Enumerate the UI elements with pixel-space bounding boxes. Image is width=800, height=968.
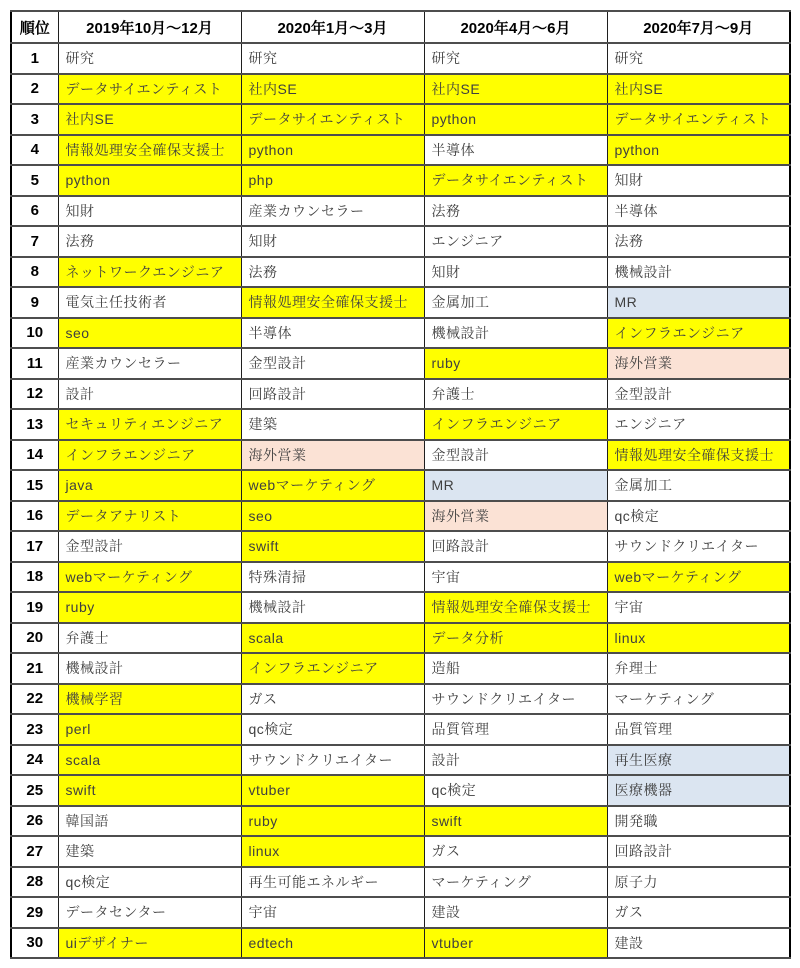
keyword-cell: 電気主任技術者 — [58, 287, 241, 318]
keyword-cell: 金型設計 — [58, 531, 241, 562]
ranking-table: 順位 2019年10月～12月 2020年1月～3月 2020年4月～6月 20… — [10, 10, 791, 959]
keyword-cell: vtuber — [241, 775, 424, 806]
rank-cell: 4 — [11, 135, 58, 166]
table-row: 17金型設計swift回路設計サウンドクリエイター — [11, 531, 790, 562]
keyword-cell: edtech — [241, 928, 424, 959]
keyword-cell: qc検定 — [424, 775, 607, 806]
keyword-cell: 知財 — [241, 226, 424, 257]
keyword-cell: linux — [607, 623, 790, 654]
keyword-cell: 弁護士 — [424, 379, 607, 410]
keyword-cell: 知財 — [607, 165, 790, 196]
column-header-2020-q2: 2020年4月～6月 — [424, 11, 607, 43]
keyword-cell: MR — [424, 470, 607, 501]
keyword-cell: エンジニア — [607, 409, 790, 440]
keyword-cell: MR — [607, 287, 790, 318]
table-row: 16データアナリストseo海外営業qc検定 — [11, 501, 790, 532]
keyword-cell: 社内SE — [424, 74, 607, 105]
keyword-cell: 回路設計 — [424, 531, 607, 562]
rank-cell: 10 — [11, 318, 58, 349]
table-row: 21機械設計インフラエンジニア造船弁理士 — [11, 653, 790, 684]
keyword-cell: ネットワークエンジニア — [58, 257, 241, 288]
rank-cell: 8 — [11, 257, 58, 288]
keyword-cell: マーケティング — [424, 867, 607, 898]
rank-cell: 1 — [11, 43, 58, 74]
keyword-cell: qc検定 — [58, 867, 241, 898]
keyword-cell: webマーケティング — [58, 562, 241, 593]
table-row: 10seo半導体機械設計インフラエンジニア — [11, 318, 790, 349]
page: 順位 2019年10月～12月 2020年1月～3月 2020年4月～6月 20… — [0, 0, 800, 968]
keyword-cell: 金属加工 — [424, 287, 607, 318]
table-body: 1研究研究研究研究2データサイエンティスト社内SE社内SE社内SE3社内SEデー… — [11, 43, 790, 958]
rank-cell: 14 — [11, 440, 58, 471]
column-header-2019-q4: 2019年10月～12月 — [58, 11, 241, 43]
rank-cell: 21 — [11, 653, 58, 684]
table-row: 12設計回路設計弁護士金型設計 — [11, 379, 790, 410]
keyword-cell: ガス — [241, 684, 424, 715]
keyword-cell: 韓国語 — [58, 806, 241, 837]
rank-cell: 15 — [11, 470, 58, 501]
rank-cell: 22 — [11, 684, 58, 715]
keyword-cell: ruby — [241, 806, 424, 837]
keyword-cell: 社内SE — [58, 104, 241, 135]
keyword-cell: 金型設計 — [424, 440, 607, 471]
keyword-cell: webマーケティング — [607, 562, 790, 593]
rank-cell: 29 — [11, 897, 58, 928]
keyword-cell: 産業カウンセラー — [58, 348, 241, 379]
keyword-cell: 建設 — [607, 928, 790, 959]
keyword-cell: 研究 — [241, 43, 424, 74]
rank-cell: 13 — [11, 409, 58, 440]
keyword-cell: python — [58, 165, 241, 196]
table-row: 13セキュリティエンジニア建築インフラエンジニアエンジニア — [11, 409, 790, 440]
keyword-cell: 再生可能エネルギー — [241, 867, 424, 898]
keyword-cell: swift — [58, 775, 241, 806]
keyword-cell: サウンドクリエイター — [607, 531, 790, 562]
keyword-cell: インフラエンジニア — [241, 653, 424, 684]
table-row: 22機械学習ガスサウンドクリエイターマーケティング — [11, 684, 790, 715]
keyword-cell: 半導体 — [607, 196, 790, 227]
keyword-cell: 海外営業 — [424, 501, 607, 532]
keyword-cell: 海外営業 — [241, 440, 424, 471]
rank-cell: 20 — [11, 623, 58, 654]
keyword-cell: linux — [241, 836, 424, 867]
keyword-cell: 知財 — [58, 196, 241, 227]
keyword-cell: 設計 — [58, 379, 241, 410]
rank-cell: 2 — [11, 74, 58, 105]
rank-cell: 16 — [11, 501, 58, 532]
table-row: 27建築linuxガス回路設計 — [11, 836, 790, 867]
table-row: 26韓国語rubyswift開発職 — [11, 806, 790, 837]
keyword-cell: データサイエンティスト — [424, 165, 607, 196]
rank-cell: 18 — [11, 562, 58, 593]
rank-cell: 23 — [11, 714, 58, 745]
keyword-cell: データサイエンティスト — [607, 104, 790, 135]
keyword-cell: 宇宙 — [607, 592, 790, 623]
keyword-cell: 原子力 — [607, 867, 790, 898]
keyword-cell: 造船 — [424, 653, 607, 684]
keyword-cell: scala — [58, 745, 241, 776]
keyword-cell: データセンター — [58, 897, 241, 928]
keyword-cell: 情報処理安全確保支援士 — [424, 592, 607, 623]
keyword-cell: 機械学習 — [58, 684, 241, 715]
keyword-cell: 法務 — [241, 257, 424, 288]
keyword-cell: 海外営業 — [607, 348, 790, 379]
table-row: 25swiftvtuberqc検定医療機器 — [11, 775, 790, 806]
rank-cell: 9 — [11, 287, 58, 318]
keyword-cell: ガス — [424, 836, 607, 867]
keyword-cell: ruby — [58, 592, 241, 623]
rank-cell: 24 — [11, 745, 58, 776]
keyword-cell: インフラエンジニア — [424, 409, 607, 440]
keyword-cell: インフラエンジニア — [58, 440, 241, 471]
keyword-cell: 金型設計 — [241, 348, 424, 379]
keyword-cell: 法務 — [607, 226, 790, 257]
keyword-cell: 法務 — [424, 196, 607, 227]
keyword-cell: データ分析 — [424, 623, 607, 654]
table-row: 4情報処理安全確保支援士python半導体python — [11, 135, 790, 166]
table-row: 1研究研究研究研究 — [11, 43, 790, 74]
rank-cell: 26 — [11, 806, 58, 837]
keyword-cell: データアナリスト — [58, 501, 241, 532]
rank-cell: 6 — [11, 196, 58, 227]
keyword-cell: 再生医療 — [607, 745, 790, 776]
table-row: 24scalaサウンドクリエイター設計再生医療 — [11, 745, 790, 776]
keyword-cell: 機械設計 — [58, 653, 241, 684]
keyword-cell: 知財 — [424, 257, 607, 288]
keyword-cell: 宇宙 — [424, 562, 607, 593]
header-row: 順位 2019年10月～12月 2020年1月～3月 2020年4月～6月 20… — [11, 11, 790, 43]
column-header-2020-q3: 2020年7月～9月 — [607, 11, 790, 43]
keyword-cell: 研究 — [424, 43, 607, 74]
keyword-cell: 研究 — [58, 43, 241, 74]
table-row: 28qc検定再生可能エネルギーマーケティング原子力 — [11, 867, 790, 898]
keyword-cell: 品質管理 — [424, 714, 607, 745]
keyword-cell: 金属加工 — [607, 470, 790, 501]
keyword-cell: 機械設計 — [424, 318, 607, 349]
keyword-cell: scala — [241, 623, 424, 654]
rank-cell: 27 — [11, 836, 58, 867]
keyword-cell: データサイエンティスト — [58, 74, 241, 105]
keyword-cell: seo — [241, 501, 424, 532]
table-row: 2データサイエンティスト社内SE社内SE社内SE — [11, 74, 790, 105]
keyword-cell: 設計 — [424, 745, 607, 776]
rank-cell: 5 — [11, 165, 58, 196]
table-row: 5pythonphpデータサイエンティスト知財 — [11, 165, 790, 196]
rank-cell: 3 — [11, 104, 58, 135]
rank-cell: 30 — [11, 928, 58, 959]
keyword-cell: python — [241, 135, 424, 166]
keyword-cell: 研究 — [607, 43, 790, 74]
table-row: 29データセンター宇宙建設ガス — [11, 897, 790, 928]
keyword-cell: 情報処理安全確保支援士 — [607, 440, 790, 471]
keyword-cell: webマーケティング — [241, 470, 424, 501]
rank-cell: 28 — [11, 867, 58, 898]
keyword-cell: vtuber — [424, 928, 607, 959]
keyword-cell: java — [58, 470, 241, 501]
keyword-cell: 社内SE — [607, 74, 790, 105]
keyword-cell: インフラエンジニア — [607, 318, 790, 349]
keyword-cell: 機械設計 — [607, 257, 790, 288]
rank-cell: 17 — [11, 531, 58, 562]
table-row: 23perlqc検定品質管理品質管理 — [11, 714, 790, 745]
keyword-cell: 金型設計 — [607, 379, 790, 410]
table-row: 3社内SEデータサイエンティストpythonデータサイエンティスト — [11, 104, 790, 135]
table-row: 19ruby機械設計情報処理安全確保支援士宇宙 — [11, 592, 790, 623]
rank-cell: 25 — [11, 775, 58, 806]
keyword-cell: サウンドクリエイター — [241, 745, 424, 776]
keyword-cell: 半導体 — [424, 135, 607, 166]
keyword-cell: マーケティング — [607, 684, 790, 715]
rank-cell: 7 — [11, 226, 58, 257]
keyword-cell: 弁護士 — [58, 623, 241, 654]
keyword-cell: エンジニア — [424, 226, 607, 257]
keyword-cell: perl — [58, 714, 241, 745]
column-header-2020-q1: 2020年1月～3月 — [241, 11, 424, 43]
keyword-cell: 情報処理安全確保支援士 — [58, 135, 241, 166]
keyword-cell: 情報処理安全確保支援士 — [241, 287, 424, 318]
keyword-cell: 建築 — [58, 836, 241, 867]
keyword-cell: サウンドクリエイター — [424, 684, 607, 715]
keyword-cell: python — [424, 104, 607, 135]
table-row: 8ネットワークエンジニア法務知財機械設計 — [11, 257, 790, 288]
table-row: 11産業カウンセラー金型設計ruby海外営業 — [11, 348, 790, 379]
keyword-cell: qc検定 — [241, 714, 424, 745]
keyword-cell: 宇宙 — [241, 897, 424, 928]
table-row: 6知財産業カウンセラー法務半導体 — [11, 196, 790, 227]
keyword-cell: 社内SE — [241, 74, 424, 105]
keyword-cell: seo — [58, 318, 241, 349]
rank-cell: 12 — [11, 379, 58, 410]
keyword-cell: python — [607, 135, 790, 166]
keyword-cell: セキュリティエンジニア — [58, 409, 241, 440]
keyword-cell: swift — [424, 806, 607, 837]
keyword-cell: 法務 — [58, 226, 241, 257]
keyword-cell: データサイエンティスト — [241, 104, 424, 135]
keyword-cell: 開発職 — [607, 806, 790, 837]
table-row: 18webマーケティング特殊清掃宇宙webマーケティング — [11, 562, 790, 593]
table-row: 20弁護士scalaデータ分析linux — [11, 623, 790, 654]
keyword-cell: 機械設計 — [241, 592, 424, 623]
keyword-cell: ruby — [424, 348, 607, 379]
keyword-cell: php — [241, 165, 424, 196]
keyword-cell: 回路設計 — [607, 836, 790, 867]
table-row: 14インフラエンジニア海外営業金型設計情報処理安全確保支援士 — [11, 440, 790, 471]
rank-column-header: 順位 — [11, 11, 58, 43]
table-row: 30uiデザイナーedtechvtuber建設 — [11, 928, 790, 959]
keyword-cell: uiデザイナー — [58, 928, 241, 959]
keyword-cell: 建設 — [424, 897, 607, 928]
keyword-cell: 医療機器 — [607, 775, 790, 806]
table-row: 9電気主任技術者情報処理安全確保支援士金属加工MR — [11, 287, 790, 318]
keyword-cell: 特殊清掃 — [241, 562, 424, 593]
keyword-cell: 品質管理 — [607, 714, 790, 745]
keyword-cell: 回路設計 — [241, 379, 424, 410]
keyword-cell: 建築 — [241, 409, 424, 440]
keyword-cell: ガス — [607, 897, 790, 928]
keyword-cell: 半導体 — [241, 318, 424, 349]
rank-cell: 19 — [11, 592, 58, 623]
table-row: 7法務知財エンジニア法務 — [11, 226, 790, 257]
keyword-cell: qc検定 — [607, 501, 790, 532]
keyword-cell: 産業カウンセラー — [241, 196, 424, 227]
keyword-cell: swift — [241, 531, 424, 562]
keyword-cell: 弁理士 — [607, 653, 790, 684]
table-row: 15javawebマーケティングMR金属加工 — [11, 470, 790, 501]
rank-cell: 11 — [11, 348, 58, 379]
